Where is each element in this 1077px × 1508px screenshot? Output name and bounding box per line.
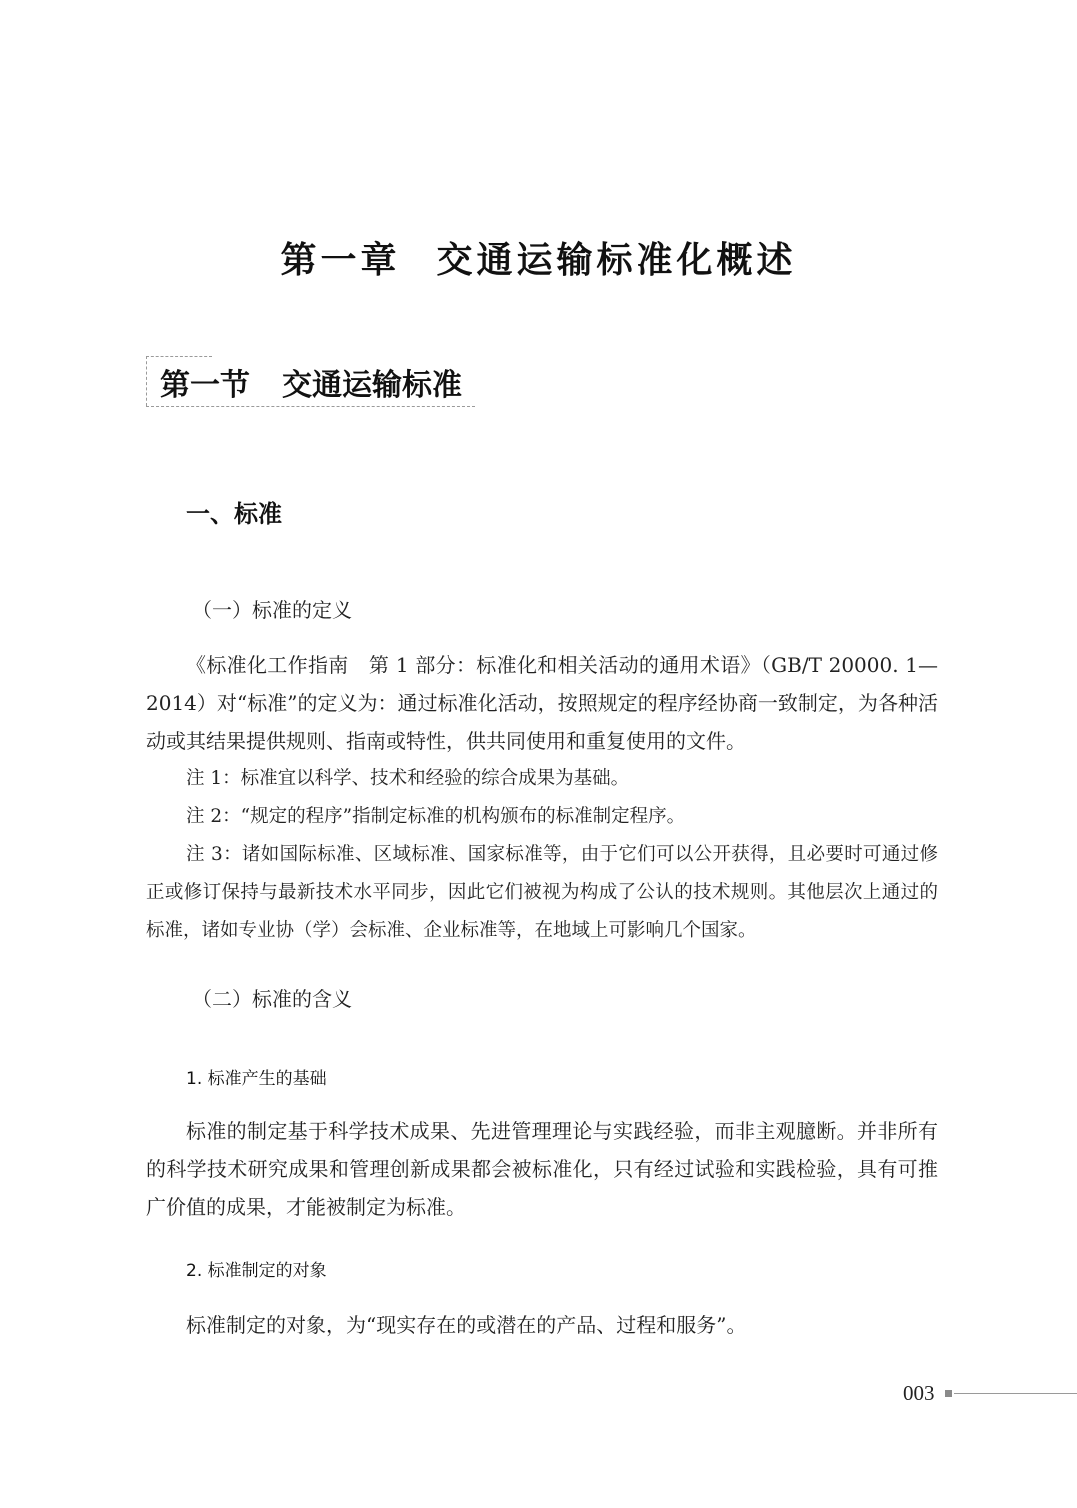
page-footer: 003 [903,1381,1077,1407]
item-heading-object: 2. 标准制定的对象 [186,1256,327,1281]
dashed-border-bottom [146,406,475,407]
subsection-heading-meaning: （二）标准的含义 [192,983,352,1012]
object-paragraph: 标准制定的对象，为“现实存在的或潜在的产品、过程和服务”。 [146,1306,938,1344]
dashed-border-left [146,356,147,406]
chapter-name: 交通运输标准化概述 [437,240,797,281]
chapter-title: 第一章交通运输标准化概述 [0,232,1077,283]
item-heading-basis: 1. 标准产生的基础 [186,1064,327,1089]
footer-rule-line [954,1393,1077,1394]
note-2: 注 2：“规定的程序”指制定标准的机构颁布的标准制定程序。 [146,798,938,836]
note-3: 注 3：诸如国际标准、区域标准、国家标准等，由于它们可以公开获得，且必要时可通过… [146,836,938,950]
definition-paragraph: 《标准化工作指南 第 1 部分：标准化和相关活动的通用术语》（GB/T 2000… [146,646,938,760]
basis-paragraph: 标准的制定基于科学技术成果、先进管理理论与实践经验，而非主观臆断。并非所有的科学… [146,1112,938,1226]
footer-square-marker [945,1390,952,1397]
subsection-heading-definition: （一）标准的定义 [192,594,352,623]
section-label: 第一节 [160,368,250,403]
section-name: 交通运输标准 [282,368,462,403]
section-title: 第一节交通运输标准 [160,360,462,404]
heading-level-1: 一、标准 [186,494,282,529]
note-1: 注 1：标准宜以科学、技术和经验的综合成果为基础。 [146,760,938,798]
dashed-border-top [146,356,212,357]
chapter-label: 第一章 [280,240,400,281]
document-page: 第一章交通运输标准化概述 第一节交通运输标准 一、标准 （一）标准的定义 《标准… [0,0,1077,1508]
page-number: 003 [903,1381,935,1406]
